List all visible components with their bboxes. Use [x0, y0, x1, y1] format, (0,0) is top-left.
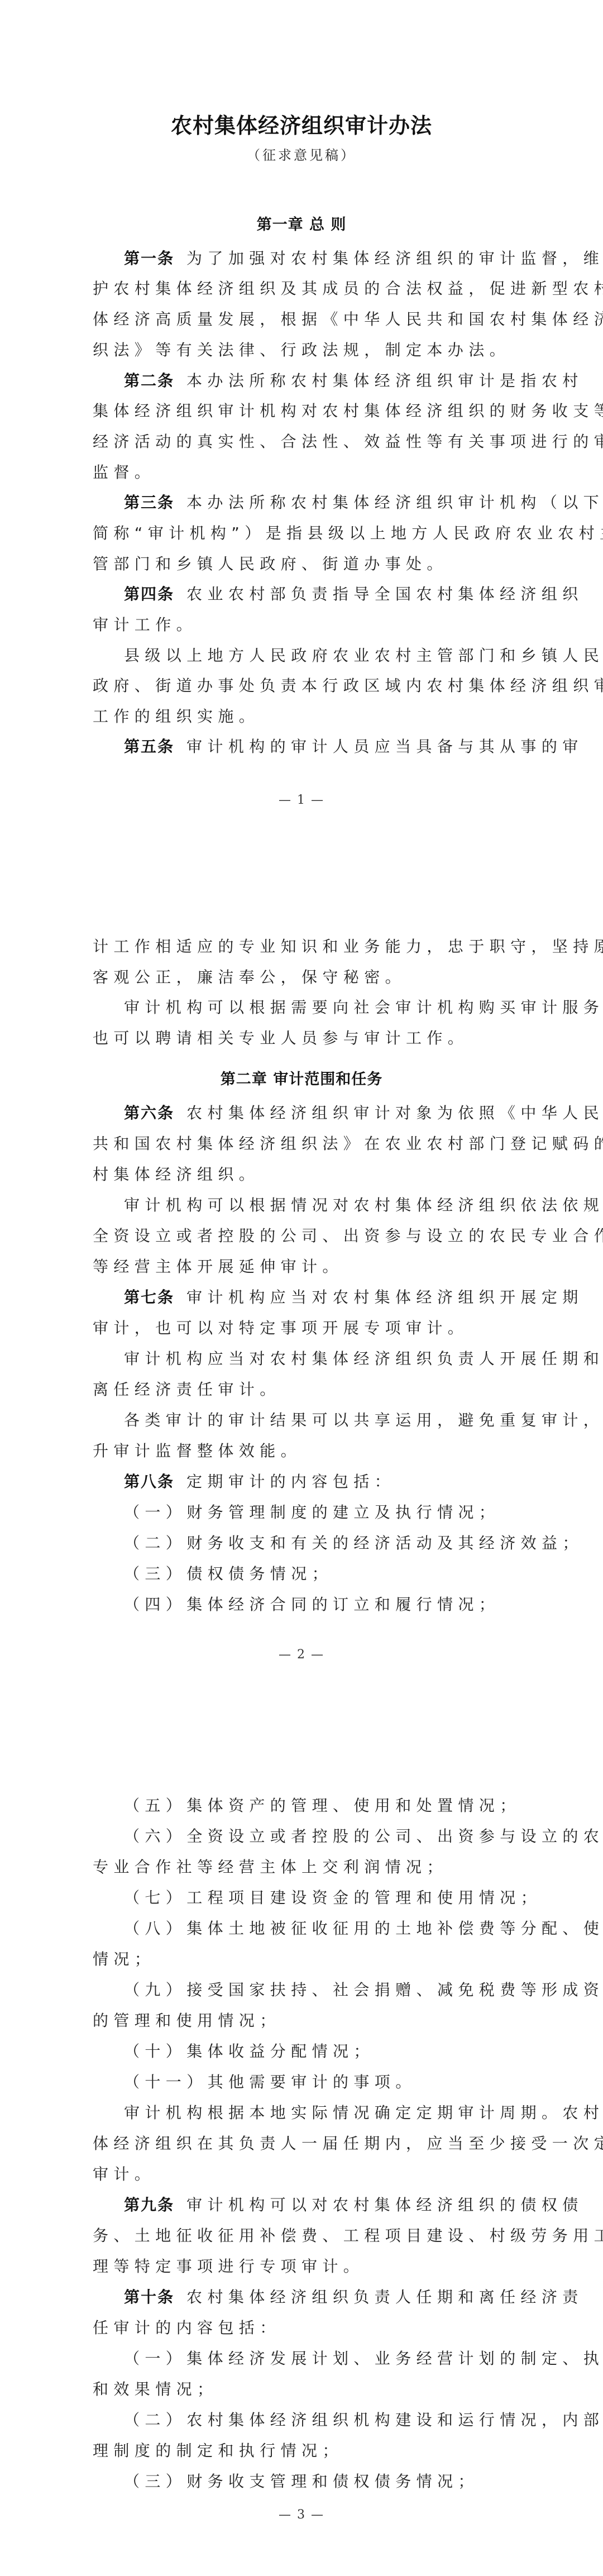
body-line: 计工作相适应的专业知识和业务能力，忠于职守，坚持原则， [93, 936, 517, 958]
document-page-2: 计工作相适应的专业知识和业务能力，忠于职守，坚持原则， 客观公正，廉洁奉公，保守… [0, 855, 603, 1709]
document-subtitle: （征求意见稿） [0, 144, 603, 164]
body-line: 政府、街道办事处负责本行政区域内农村集体经济组织审计 [93, 675, 517, 697]
list-item: （三）财务收支管理和债权债务情况； [124, 2470, 548, 2493]
article-number: 第六条 [124, 1104, 174, 1122]
body-line: 等经营主体开展延伸审计。 [93, 1256, 517, 1278]
body-line: 体经济组织在其负责人一届任期内，应当至少接受一次定期 [93, 2133, 517, 2155]
body-line: 专业合作社等经营主体上交利润情况； [93, 1856, 517, 1878]
page-number: — 2 — [0, 1648, 603, 1662]
page-number: — 3 — [0, 2508, 603, 2522]
article-number: 第七条 [124, 1288, 174, 1306]
body-line: 和效果情况； [93, 2378, 517, 2401]
body-line: 体经济高质量发展，根据《中华人民共和国农村集体经济组 [93, 308, 517, 331]
article-line: 第九条审计机构可以对农村集体经济组织的债权债 [124, 2194, 548, 2216]
list-item: （九）接受国家扶持、社会捐赠、减免税费等形成资产 [124, 1979, 548, 2001]
body-line: 织法》等有关法律、行政法规，制定本办法。 [93, 339, 517, 361]
article-line: 第三条本办法所称农村集体经济组织审计机构（以下 [124, 492, 548, 514]
body-line: 的管理和使用情况； [93, 2010, 517, 2032]
list-item: （二）农村集体经济组织机构建设和运行情况，内部管 [124, 2409, 548, 2431]
body-line: 县级以上地方人民政府农业农村主管部门和乡镇人民 [124, 645, 548, 667]
list-item: （六）全资设立或者控股的公司、出资参与设立的农民 [124, 1825, 548, 1848]
body-line: 客观公正，廉洁奉公，保守秘密。 [93, 966, 517, 989]
body-line: 理制度的制定和执行情况； [93, 2440, 517, 2462]
article-line: 第一条为了加强对农村集体经济组织的审计监督，维 [124, 247, 548, 270]
list-item: （十）集体收益分配情况； [124, 2040, 548, 2063]
list-item: （七）工程项目建设资金的管理和使用情况； [124, 1887, 548, 1909]
body-line: 审计工作。 [93, 614, 517, 636]
body-line: 理等特定事项进行专项审计。 [93, 2255, 517, 2278]
body-line: 审计机构可以根据情况对农村集体经济组织依法依规 [124, 1194, 548, 1217]
article-number: 第五条 [124, 737, 174, 756]
body-line: 护农村集体经济组织及其成员的合法权益，促进新型农村集 [93, 278, 517, 300]
body-line: 务、土地征收征用补偿费、工程项目建设、村级劳务用工管 [93, 2225, 517, 2247]
body-line: 审计机构应当对农村集体经济组织负责人开展任期和 [124, 1348, 548, 1370]
body-line: 全资设立或者控股的公司、出资参与设立的农民专业合作社 [93, 1225, 517, 1247]
article-line: 第五条审计机构的审计人员应当具备与其从事的审 [124, 736, 548, 758]
list-item: （二）财务收支和有关的经济活动及其经济效益； [124, 1532, 548, 1554]
body-line: 集体经济组织审计机构对农村集体经济组织的财务收支等 [93, 400, 517, 422]
body-line: 管部门和乡镇人民政府、街道办事处。 [93, 553, 517, 575]
article-line: 第六条农村集体经济组织审计对象为依照《中华人民 [124, 1102, 548, 1124]
body-line: 各类审计的审计结果可以共享运用，避免重复审计，提 [124, 1409, 548, 1432]
body-line: 监督。 [93, 461, 517, 484]
body-line: 离任经济责任审计。 [93, 1378, 517, 1401]
page-number: — 1 — [0, 793, 603, 807]
chapter-heading-2: 第二章 审计范围和任务 [0, 1067, 603, 1089]
body-line: 审计机构根据本地实际情况确定定期审计周期。农村集 [124, 2102, 548, 2124]
body-line: 也可以聘请相关专业人员参与审计工作。 [93, 1027, 517, 1050]
body-line: 情况； [93, 1948, 517, 1971]
article-number: 第一条 [124, 249, 174, 268]
body-line: 审计。 [93, 2163, 517, 2186]
list-item: （八）集体土地被征收征用的土地补偿费等分配、使用 [124, 1917, 548, 1940]
body-line: 升审计监督整体效能。 [93, 1440, 517, 1462]
article-line: 第十条农村集体经济组织负责人任期和离任经济责 [124, 2286, 548, 2308]
body-line: 工作的组织实施。 [93, 705, 517, 728]
body-line: 任审计的内容包括： [93, 2317, 517, 2339]
document-page-1: 农村集体经济组织审计办法 （征求意见稿） 第一章 总 则 第一条为了加强对农村集… [0, 0, 603, 855]
article-line: 第七条审计机构应当对农村集体经济组织开展定期 [124, 1286, 548, 1309]
chapter-heading-1: 第一章 总 则 [0, 212, 603, 234]
list-item: （一）集体经济发展计划、业务经营计划的制定、执行 [124, 2348, 548, 2370]
list-item: （五）集体资产的管理、使用和处置情况； [124, 1795, 548, 1817]
document-page-3: （五）集体资产的管理、使用和处置情况； （六）全资设立或者控股的公司、出资参与设… [0, 1709, 603, 2576]
list-item: （十一）其他需要审计的事项。 [124, 2071, 548, 2093]
article-line: 第二条本办法所称农村集体经济组织审计是指农村 [124, 370, 548, 392]
body-line: 经济活动的真实性、合法性、效益性等有关事项进行的审计 [93, 431, 517, 453]
article-number: 第八条 [124, 1472, 174, 1491]
body-line: 审计机构可以根据需要向社会审计机构购买审计服务， [124, 996, 548, 1019]
list-item: （一）财务管理制度的建立及执行情况； [124, 1501, 548, 1524]
body-line: 村集体经济组织。 [93, 1163, 517, 1186]
body-line: 共和国农村集体经济组织法》在农业农村部门登记赋码的农 [93, 1133, 517, 1155]
body-line: 简称“审计机构”）是指县级以上地方人民政府农业农村主 [93, 522, 517, 545]
list-item: （三）债权债务情况； [124, 1563, 548, 1585]
list-item: （四）集体经济合同的订立和履行情况； [124, 1594, 548, 1616]
article-line: 第四条农业农村部负责指导全国农村集体经济组织 [124, 583, 548, 605]
article-number: 第四条 [124, 585, 174, 603]
body-line: 审计，也可以对特定事项开展专项审计。 [93, 1317, 517, 1339]
document-title: 农村集体经济组织审计办法 [0, 108, 603, 139]
article-line: 第八条定期审计的内容包括： [124, 1471, 548, 1493]
article-number: 第九条 [124, 2196, 174, 2214]
article-number: 第十条 [124, 2288, 174, 2306]
article-number: 第二条 [124, 371, 174, 390]
article-number: 第三条 [124, 493, 174, 512]
